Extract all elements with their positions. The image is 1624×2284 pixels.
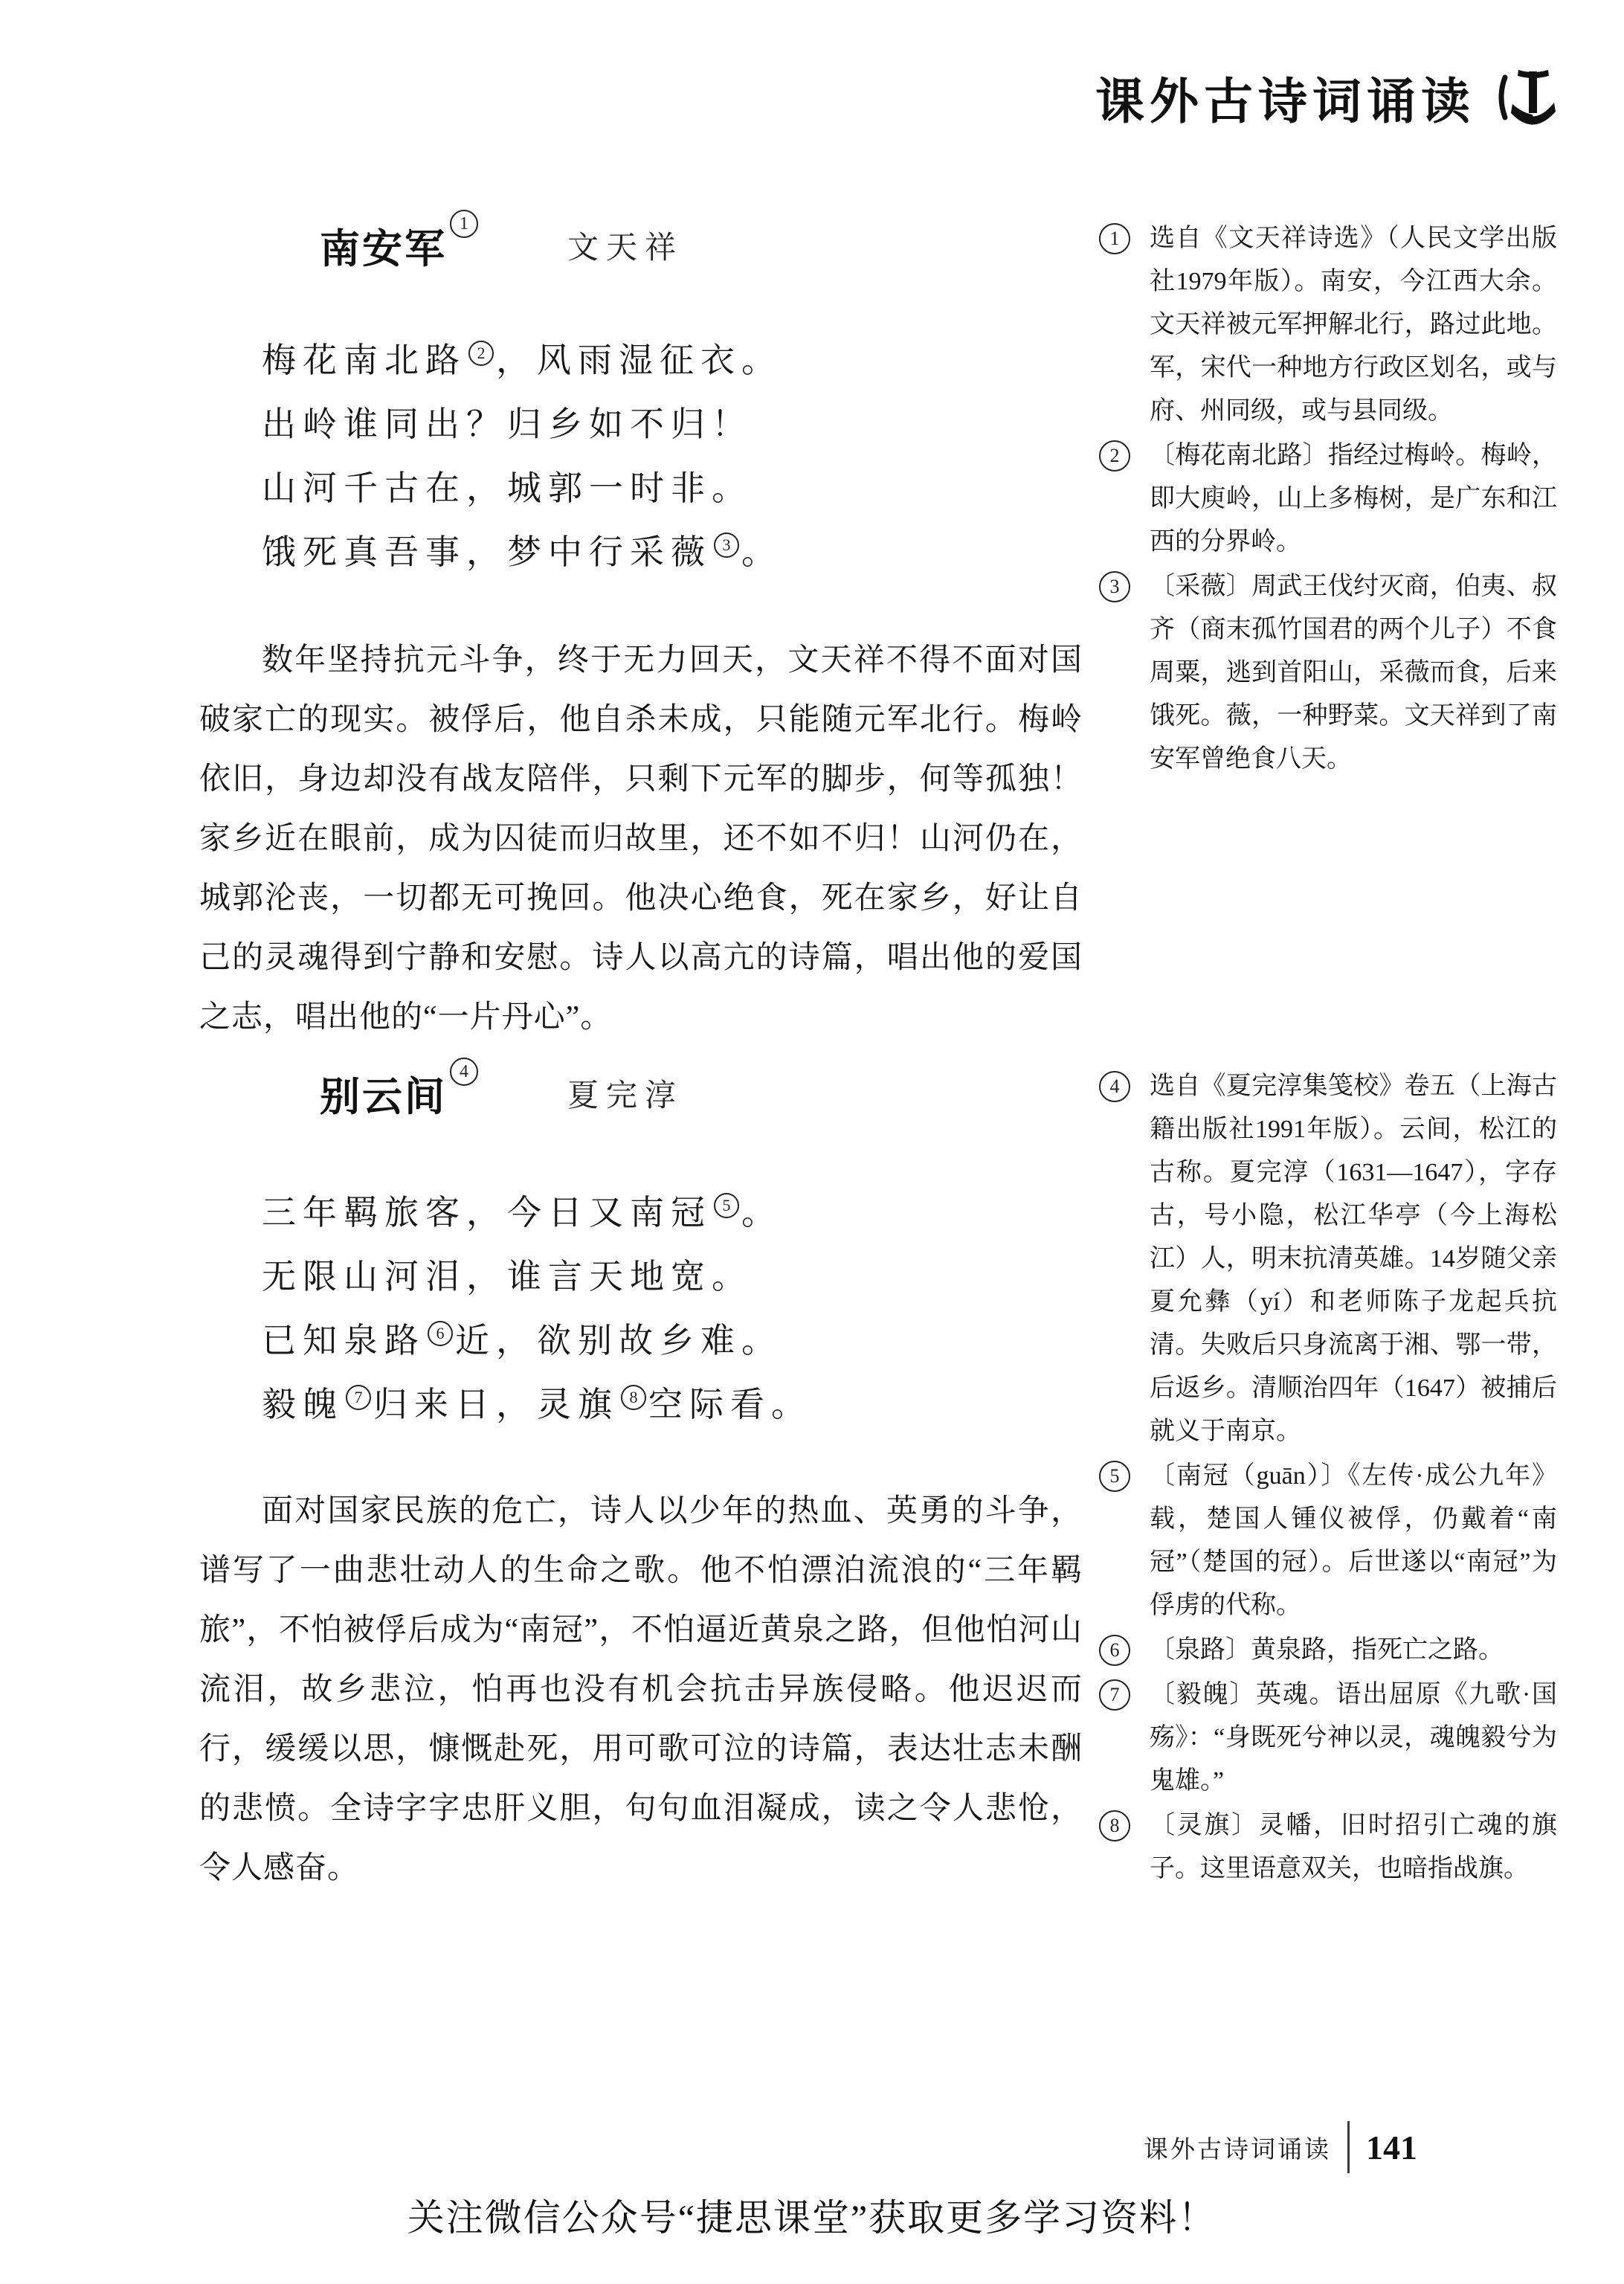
footnote-ref-icon: 1 <box>450 210 478 238</box>
footnote-number-icon: 1 <box>1099 223 1130 254</box>
poem2-header: 别云间 4 夏完淳 <box>320 1065 683 1122</box>
poem-line-text: 已知泉路 <box>262 1322 425 1360</box>
footnote-text: 〔泉路〕黄泉路，指死亡之路。 <box>1150 1636 1504 1664</box>
poem1-header: 南安军 1 文天祥 <box>320 217 683 274</box>
footnote-item: 1选自《文天祥诗选》（人民文学出版社1979年版）。南安，今江西大余。文天祥被元… <box>1099 217 1557 433</box>
footnote-text: 〔毅魄〕英魂。语出屈原《九歌·国殇》：“身既死兮神以灵，魂魄毅兮为鬼雄。” <box>1150 1681 1557 1795</box>
footnotes-group2: 4选自《夏完淳集笺校》卷五（上海古籍出版社1991年版）。云间，松江的古称。夏完… <box>1099 1065 1557 1892</box>
footnote-item: 4选自《夏完淳集笺校》卷五（上海古籍出版社1991年版）。云间，松江的古称。夏完… <box>1099 1065 1557 1453</box>
poem2-lines: 三年羁旅客，今日又南冠5。无限山河泪，谁言天地宽。已知泉路6近，欲别故乡难。毅魄… <box>262 1181 812 1437</box>
page-number: 141 <box>1366 2128 1417 2167</box>
poem2-author: 夏完淳 <box>567 1071 683 1116</box>
textbook-page: 课外古诗词诵读 南安军 1 文天祥 梅花南北路2，风雨湿征衣。出岭谁同出？归乡如… <box>0 0 1624 2284</box>
footnote-ref-icon: 7 <box>346 1385 371 1410</box>
footnotes-group1: 1选自《文天祥诗选》（人民文学出版社1979年版）。南安，今江西大余。文天祥被元… <box>1099 217 1557 782</box>
chapter-title: 课外古诗词诵读 <box>1095 62 1475 132</box>
footnote-number-icon: 2 <box>1099 440 1130 472</box>
footnote-item: 2〔梅花南北路〕指经过梅岭。梅岭，即大庾岭，山上多梅树，是广东和江西的分界岭。 <box>1099 434 1557 564</box>
poem-line-text: 。 <box>741 1194 782 1232</box>
poem-line: 出岭谁同出？归乡如不归！ <box>262 393 782 457</box>
poem-line: 毅魄7归来日，灵旗8空际看。 <box>262 1373 812 1437</box>
poem-line-text: 无限山河泪，谁言天地宽。 <box>262 1258 753 1296</box>
watermark-text: 关注微信公众号“捷思课堂”获取更多学习资料！ <box>0 2188 1624 2242</box>
footnote-item: 5〔南冠（guān）〕《左传·成公九年》载，楚国人锺仪被俘，仍戴着“南冠”（楚国… <box>1099 1455 1557 1627</box>
poem-line-text: 山河千古在，城郭一时非。 <box>262 469 753 507</box>
page-header: 课外古诗词诵读 <box>0 58 1565 135</box>
footnote-text: 〔采薇〕周武王伐纣灭商，伯夷、叔齐（商末孤竹国君的两个儿子）不食周粟，逃到首阳山… <box>1150 573 1557 773</box>
footnote-ref-icon: 4 <box>450 1058 478 1086</box>
footnote-number-icon: 3 <box>1099 571 1130 602</box>
footnote-text: 〔南冠（guān）〕《左传·成公九年》载，楚国人锺仪被俘，仍戴着“南冠”（楚国的… <box>1150 1462 1557 1619</box>
anchor-icon <box>1490 58 1565 135</box>
footnote-item: 6〔泉路〕黄泉路，指死亡之路。 <box>1099 1629 1557 1672</box>
poem-line: 已知泉路6近，欲别故乡难。 <box>262 1309 812 1373</box>
footer-section-title: 课外古诗词诵读 <box>1144 2130 1331 2165</box>
poem-line: 山河千古在，城郭一时非。 <box>262 457 782 521</box>
footer-divider <box>1347 2121 1350 2173</box>
footnote-ref-icon: 2 <box>468 341 494 366</box>
footnote-item: 7〔毅魄〕英魂。语出屈原《九歌·国殇》：“身既死兮神以灵，魂魄毅兮为鬼雄。” <box>1099 1673 1557 1803</box>
poem-line-text: 三年羁旅客，今日又南冠 <box>262 1194 712 1232</box>
poem-line-text: 饿死真吾事，梦中行采薇 <box>262 533 712 571</box>
poem1-lines: 梅花南北路2，风雨湿征衣。出岭谁同出？归乡如不归！山河千古在，城郭一时非。饿死真… <box>262 329 782 585</box>
poem2-title: 别云间 <box>320 1065 447 1122</box>
poem-line-text: 。 <box>741 533 782 571</box>
poem1-author: 文天祥 <box>567 223 683 268</box>
footnote-ref-icon: 6 <box>428 1321 453 1346</box>
footnote-ref-icon: 8 <box>621 1385 646 1410</box>
footnote-text: 选自《文天祥诗选》（人民文学出版社1979年版）。南安，今江西大余。文天祥被元军… <box>1150 225 1557 425</box>
footnote-number-icon: 5 <box>1099 1461 1130 1492</box>
footnote-number-icon: 4 <box>1099 1071 1130 1102</box>
poem1-title: 南安军 <box>320 217 447 274</box>
footnote-ref-icon: 5 <box>714 1193 739 1218</box>
footnote-number-icon: 8 <box>1099 1810 1130 1841</box>
poem-line-text: 归来日，灵旗 <box>373 1386 619 1424</box>
footnote-text: 选自《夏完淳集笺校》卷五（上海古籍出版社1991年版）。云间，松江的古称。夏完淳… <box>1150 1072 1557 1445</box>
poem-line-text: ，风雨湿征衣。 <box>496 341 782 379</box>
footnote-text: 〔梅花南北路〕指经过梅岭。梅岭，即大庾岭，山上多梅树，是广东和江西的分界岭。 <box>1150 442 1557 556</box>
poem-line: 饿死真吾事，梦中行采薇3。 <box>262 521 782 585</box>
footnote-text: 〔灵旗〕灵幡，旧时招引亡魂的旗子。这里语意双关，也暗指战旗。 <box>1150 1812 1557 1882</box>
poem2-analysis: 面对国家民族的危亡，诗人以少年的热血、英勇的斗争，谱写了一曲悲壮动人的生命之歌。… <box>199 1482 1083 1898</box>
poem1-analysis: 数年坚持抗元斗争，终于无力回天，文天祥不得不面对国破家亡的现实。被俘后，他自杀未… <box>199 631 1083 1047</box>
poem-line-text: 空际看。 <box>648 1386 812 1424</box>
footnote-item: 3〔采薇〕周武王伐纣灭商，伯夷、叔齐（商末孤竹国君的两个儿子）不食周粟，逃到首阳… <box>1099 565 1557 781</box>
footnote-item: 8〔灵旗〕灵幡，旧时招引亡魂的旗子。这里语意双关，也暗指战旗。 <box>1099 1804 1557 1891</box>
poem-line: 无限山河泪，谁言天地宽。 <box>262 1245 812 1309</box>
poem-line-text: 毅魄 <box>262 1386 344 1424</box>
footnote-number-icon: 6 <box>1099 1635 1130 1666</box>
poem-line-text: 梅花南北路 <box>262 341 466 379</box>
footnote-number-icon: 7 <box>1099 1679 1130 1711</box>
poem-line: 三年羁旅客，今日又南冠5。 <box>262 1181 812 1245</box>
poem-line-text: 近，欲别故乡难。 <box>455 1322 782 1360</box>
footnote-ref-icon: 3 <box>714 533 739 558</box>
page-footer: 课外古诗词诵读 141 <box>1144 2121 1417 2173</box>
poem-line: 梅花南北路2，风雨湿征衣。 <box>262 329 782 393</box>
poem-line-text: 出岭谁同出？归乡如不归！ <box>262 405 753 443</box>
